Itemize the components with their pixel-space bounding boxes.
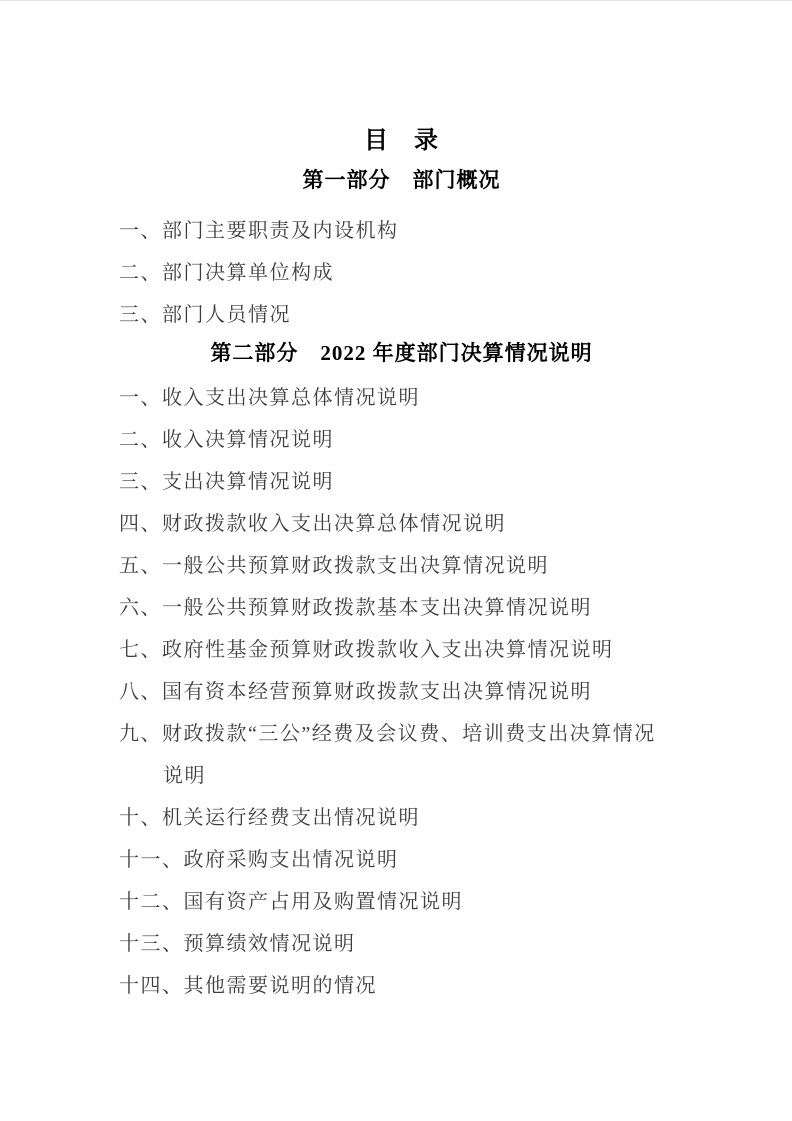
toc-page: 目 录 第一部分 部门概况 一、部门主要职责及内设机构 二、部门决算单位构成 三…: [0, 0, 792, 1121]
toc-item: 十、机关运行经费支出情况说明: [119, 797, 684, 839]
toc-item: 一、收入支出决算总体情况说明: [119, 377, 684, 419]
page-title: 目 录: [119, 123, 684, 159]
toc-item: 四、财政拨款收入支出决算总体情况说明: [119, 503, 684, 545]
toc-item: 七、政府性基金预算财政拨款收入支出决算情况说明: [119, 629, 684, 671]
toc-item: 九、财政拨款“三公”经费及会议费、培训费支出决算情况 说明: [119, 713, 684, 797]
section-heading-part2: 第二部分 2022 年度部门决算情况说明: [119, 336, 684, 370]
toc-item: 三、支出决算情况说明: [119, 461, 684, 503]
toc-item: 十三、预算绩效情况说明: [119, 923, 684, 965]
toc-item: 六、一般公共预算财政拨款基本支出决算情况说明: [119, 587, 684, 629]
toc-item: 十二、国有资产占用及购置情况说明: [119, 881, 684, 923]
toc-item: 十四、其他需要说明的情况: [119, 965, 684, 1007]
toc-item: 二、收入决算情况说明: [119, 419, 684, 461]
toc-item: 一、部门主要职责及内设机构: [119, 210, 684, 252]
section-part1-items: 一、部门主要职责及内设机构 二、部门决算单位构成 三、部门人员情况: [119, 210, 684, 336]
section-part2-items: 一、收入支出决算总体情况说明 二、收入决算情况说明 三、支出决算情况说明 四、财…: [119, 377, 684, 1007]
toc-item: 二、部门决算单位构成: [119, 252, 684, 294]
section-heading-part1: 第一部分 部门概况: [119, 163, 684, 197]
toc-item: 八、国有资本经营预算财政拨款支出决算情况说明: [119, 671, 684, 713]
toc-item: 十一、政府采购支出情况说明: [119, 839, 684, 881]
toc-item: 五、一般公共预算财政拨款支出决算情况说明: [119, 545, 684, 587]
toc-item: 三、部门人员情况: [119, 294, 684, 336]
